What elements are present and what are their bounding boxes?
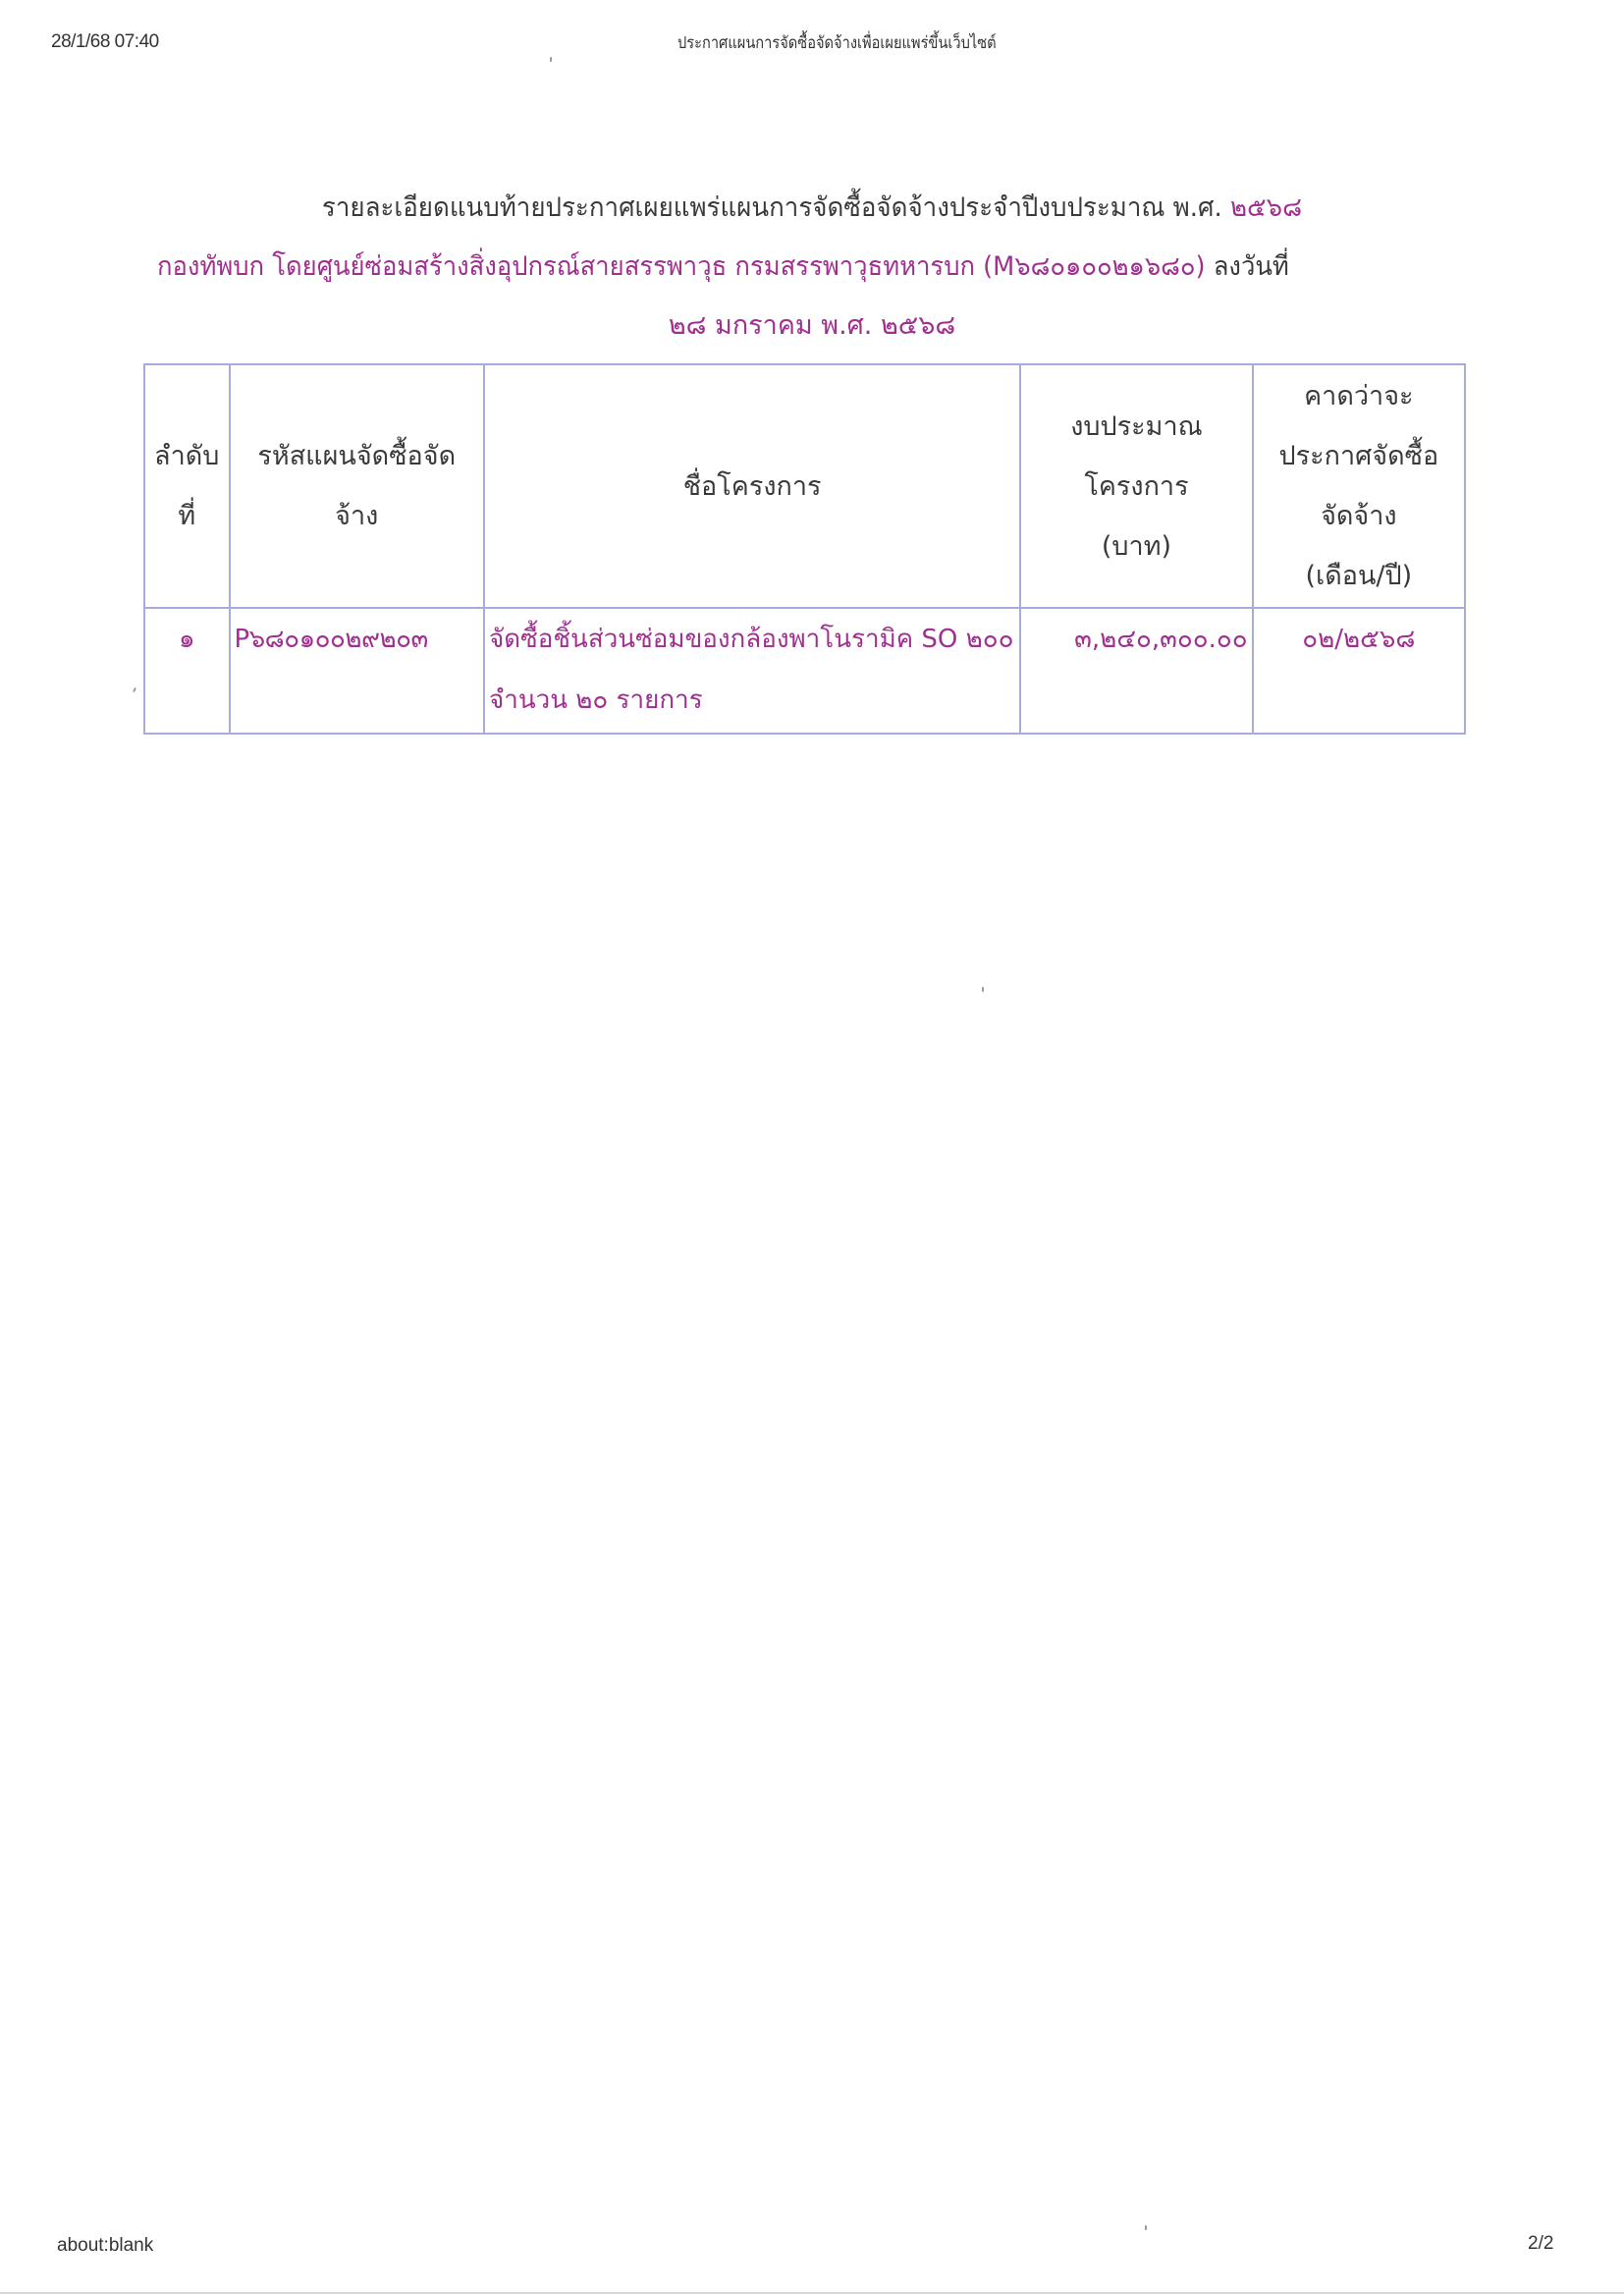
fiscal-year: ๒๕๖๘ xyxy=(1230,192,1302,223)
header-project-name: ชื่อโครงการ xyxy=(484,364,1020,608)
scan-speck xyxy=(1145,2225,1147,2230)
cell-plan-code: P๖๘๐๑๐๐๒๙๒๐๓ xyxy=(230,608,485,734)
cell-project-name: จัดซื้อชิ้นส่วนซ่อมของกล้องพาโนรามิค SO … xyxy=(484,608,1020,734)
print-header-datetime: 28/1/68 07:40 xyxy=(51,31,159,53)
document-date: ๒๘ มกราคม พ.ศ. ๒๕๖๘ xyxy=(0,312,1624,339)
header-plan-code: รหัสแผนจัดซื้อจัด จ้าง xyxy=(230,364,485,608)
agency-name: กองทัพบก โดยศูนย์ซ่อมสร้างสิ่งอุปกรณ์สาย… xyxy=(157,251,1206,282)
document-title-line-2: กองทัพบก โดยศูนย์ซ่อมสร้างสิ่งอุปกรณ์สาย… xyxy=(157,253,1289,280)
cell-budget: ๓,๒๔๐,๓๐๐.๐๐ xyxy=(1020,608,1252,734)
scan-speck xyxy=(133,687,136,692)
print-footer-page-number: 2/2 xyxy=(1528,2233,1553,2255)
cell-expected-month: ๐๒/๒๕๖๘ xyxy=(1253,608,1465,734)
print-footer-url: about:blank xyxy=(57,2235,153,2257)
document-title-line-1: รายละเอียดแนบท้ายประกาศเผยแพร่แผนการจัดซ… xyxy=(32,194,1592,221)
title-prefix: รายละเอียดแนบท้ายประกาศเผยแพร่แผนการจัดซ… xyxy=(322,192,1230,223)
header-no: ลำดับ ที่ xyxy=(144,364,230,608)
scan-speck xyxy=(550,57,552,62)
header-budget: งบประมาณ โครงการ (บาท) xyxy=(1020,364,1252,608)
procurement-plan-table: ลำดับ ที่ รหัสแผนจัดซื้อจัด จ้าง ชื่อโคร… xyxy=(143,363,1466,735)
header-expected-month: คาดว่าจะ ประกาศจัดซื้อ จัดจ้าง (เดือน/ปี… xyxy=(1253,364,1465,608)
table-header-row: ลำดับ ที่ รหัสแผนจัดซื้อจัด จ้าง ชื่อโคร… xyxy=(144,364,1465,608)
cell-no: ๑ xyxy=(144,608,230,734)
scan-edge-line xyxy=(0,2292,1624,2294)
print-header-page-title: ประกาศแผนการจัดซื้อจัดจ้างเพื่อเผยแพร่ขึ… xyxy=(677,29,997,56)
table-row: ๑ P๖๘๐๑๐๐๒๙๒๐๓ จัดซื้อชิ้นส่วนซ่อมของกล้… xyxy=(144,608,1465,734)
scan-speck xyxy=(982,987,984,992)
dated-label: ลงวันที่ xyxy=(1206,251,1289,282)
